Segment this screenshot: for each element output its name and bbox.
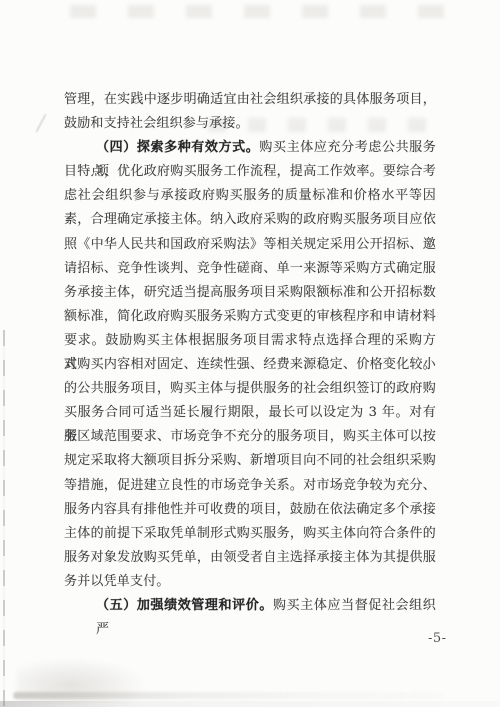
text-run: 规定采取将大额项目拆分采购、新增项目向不同的社会组织采购	[64, 453, 436, 468]
text-line: 服务内容具有排他性并可收费的项目，鼓励在依法确定多个承接	[64, 498, 436, 522]
scan-bottom-edge-shadow	[0, 701, 500, 707]
document-page: 管理，在实践中逐步明确适宜由社会组织承接的具体服务项目，鼓励和支持社会组织参与承…	[0, 0, 500, 707]
text-run: 务区域范围要求、市场竞争不充分的服务项目，购买主体可以按	[64, 429, 436, 444]
text-run: 的公共服务项目，购买主体与提供服务的社会组织签订的政府购	[64, 381, 436, 396]
text-run: 请招标、竞争性谈判、竞争性磋商、单一来源等采购方式确定服	[64, 261, 436, 276]
text-run: 务并以凭单支付。	[64, 574, 170, 589]
text-line: 额标准，简化政府购买服务采购方式变更的审核程序和申请材料	[64, 305, 436, 329]
scan-fold-line	[3, 330, 5, 707]
text-line: 对购买内容相对固定、连续性强、经费来源稳定、价格变化较小	[64, 353, 436, 377]
text-line: 素，合理确定承接主体。纳入政府采购的政府购买服务项目应依	[64, 208, 436, 232]
text-run: 照《中华人民共和国政府采购法》等相关规定采用公开招标、邀	[64, 237, 436, 252]
text-run: 对购买内容相对固定、连续性强、经费来源稳定、价格变化较小	[64, 357, 436, 372]
scanned-document-screenshot: 管理，在实践中逐步明确适宜由社会组织承接的具体服务项目，鼓励和支持社会组织参与承…	[0, 0, 500, 707]
text-line: 管理，在实践中逐步明确适宜由社会组织承接的具体服务项目，	[64, 88, 436, 112]
text-run: 虑社会组织参与承接政府购买服务的质量标准和价格水平等因	[64, 188, 436, 203]
scan-scratch-mark	[35, 114, 46, 132]
text-run: 服务对象发放购买凭单，由领受者自主选择承接主体为其提供服	[64, 550, 436, 565]
text-line: 要求。鼓励购买主体根据服务项目需求特点选择合理的采购方式。	[64, 329, 436, 353]
text-line: 照《中华人民共和国政府采购法》等相关规定采用公开招标、邀	[64, 233, 436, 257]
scan-smudge-streak	[13, 692, 443, 699]
scan-ghosting-top	[70, 5, 470, 18]
text-run: 主体的前提下采取凭单制形式购买服务，购买主体向符合条件的	[64, 526, 436, 541]
text-run: 管理，在实践中逐步明确适宜由社会组织承接的具体服务项目，	[64, 92, 436, 107]
text-line: 主体的前提下采取凭单制形式购买服务，购买主体向符合条件的	[64, 522, 436, 546]
text-line: 服务对象发放购买凭单，由领受者自主选择承接主体为其提供服	[64, 546, 436, 570]
text-run: 鼓励和支持社会组织参与承接。	[64, 116, 249, 131]
text-run: 务承接主体，研究适当提高服务项目采购限额标准和公开招标数	[64, 285, 436, 300]
text-line: （五）加强绩效管理和评价。购买主体应当督促社会组织严	[64, 594, 436, 618]
text-line: 务区域范围要求、市场竞争不充分的服务项目，购买主体可以按	[64, 425, 436, 449]
text-run: 素，合理确定承接主体。纳入政府采购的政府购买服务项目应依	[64, 212, 436, 227]
page-number: -5-	[428, 631, 447, 646]
text-block: 管理，在实践中逐步明确适宜由社会组织承接的具体服务项目，鼓励和支持社会组织参与承…	[64, 88, 436, 618]
text-run: 服务内容具有排他性并可收费的项目，鼓励在依法确定多个承接	[64, 502, 436, 517]
text-line: （四）探索多种有效方式。购买主体应充分考虑公共服务项	[64, 136, 436, 160]
text-line: 买服务合同可适当延长履行期限，最长可以设定为 3 年。对有服	[64, 401, 436, 425]
text-line: 的公共服务项目，购买主体与提供服务的社会组织签订的政府购	[64, 377, 436, 401]
text-line: 等措施，促进建立良性的市场竞争关系。对市场竞争较为充分、	[64, 474, 436, 498]
text-run: 额标准，简化政府购买服务采购方式变更的审核程序和申请材料	[64, 309, 436, 324]
text-line: 请招标、竞争性谈判、竞争性磋商、单一来源等采购方式确定服	[64, 257, 436, 281]
section-heading-run: （四）探索多种有效方式。	[96, 140, 259, 155]
text-line: 虑社会组织参与承接政府购买服务的质量标准和价格水平等因	[64, 184, 436, 208]
text-line: 目特点，优化政府购买服务工作流程，提高工作效率。要综合考	[64, 160, 436, 184]
text-line: 鼓励和支持社会组织参与承接。	[64, 112, 436, 136]
text-line: 务并以凭单支付。	[64, 570, 436, 594]
text-line: 规定采取将大额项目拆分采购、新增项目向不同的社会组织采购	[64, 449, 436, 473]
text-run: 等措施，促进建立良性的市场竞争关系。对市场竞争较为充分、	[64, 478, 436, 493]
text-line: 务承接主体，研究适当提高服务项目采购限额标准和公开招标数	[64, 281, 436, 305]
section-heading-run: （五）加强绩效管理和评价。	[96, 598, 273, 613]
text-run: 目特点，优化政府购买服务工作流程，提高工作效率。要综合考	[64, 164, 436, 179]
